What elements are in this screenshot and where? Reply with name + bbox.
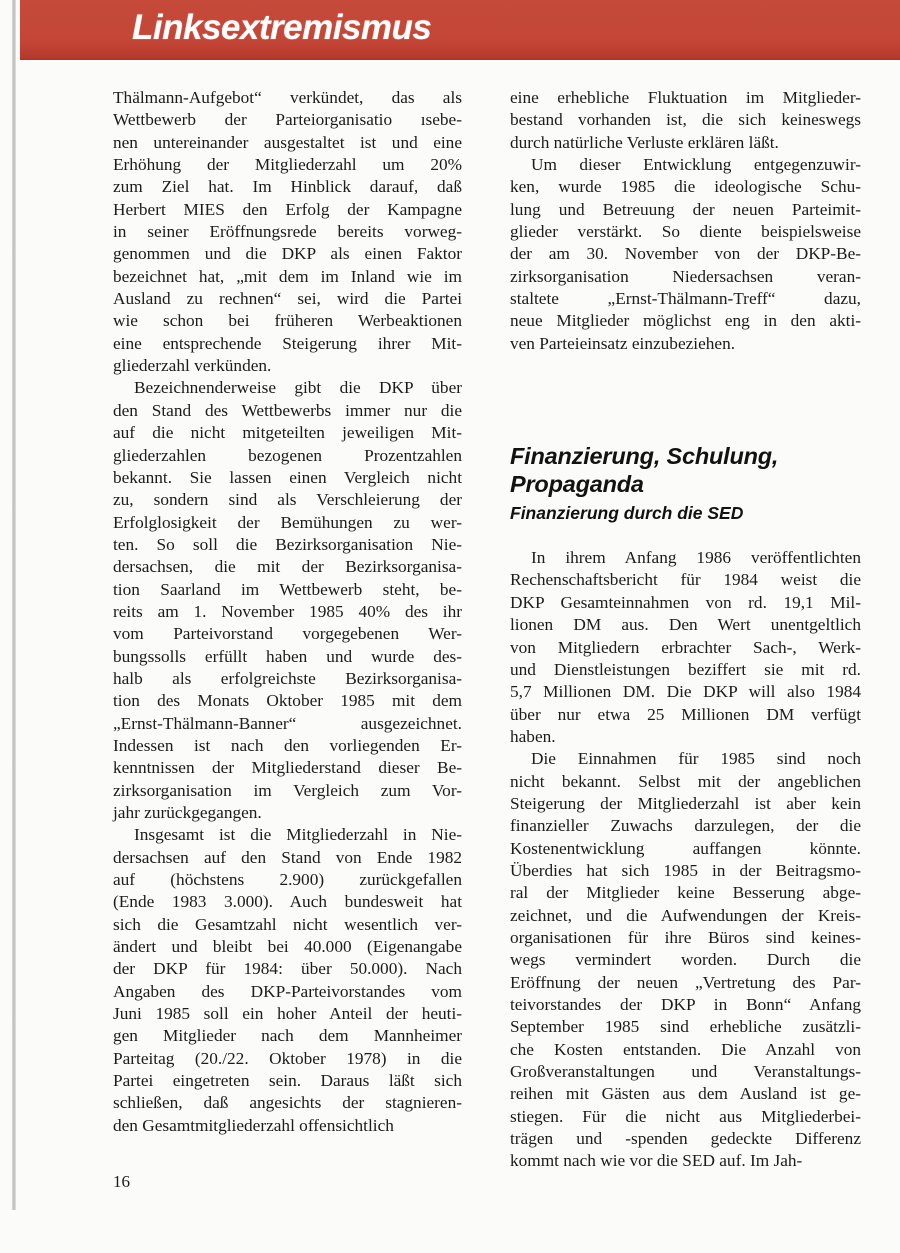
right-intro-text: eine erhebliche Fluktuation im Mitgliede…: [510, 87, 861, 355]
text-line: bungssolls erfüllt haben und wurde des-: [113, 646, 462, 668]
paragraph: Um dieser Entwicklung entgegenzuwir-ken,…: [510, 154, 861, 355]
text-line: genommen und die DKP als einen Faktor: [113, 243, 462, 265]
text-line: Wettbewerb der Parteiorganisatio ısebe-: [113, 109, 462, 131]
text-line: von Mitgliedern erbrachter Sach-, Werk-: [510, 637, 861, 659]
text-line: Rechenschaftsbericht für 1984 weist die: [510, 569, 861, 591]
text-line: neue Mitglieder möglichst eng in den akt…: [510, 310, 861, 332]
text-line: tion des Monats Oktober 1985 mit dem: [113, 690, 462, 712]
paragraph: eine erhebliche Fluktuation im Mitgliede…: [510, 87, 861, 154]
text-line: Ausland zu rechnen“ sei, wird die Partei: [113, 288, 462, 310]
text-line: den Gesamtmitgliederzahl offensichtlich: [113, 1115, 462, 1137]
text-line: gen Mitglieder nach dem Mannheimer: [113, 1025, 462, 1047]
text-line: wegs vermindert worden. Durch die: [510, 949, 861, 971]
text-line: zeichnet, und die Aufwendungen der Kreis…: [510, 905, 861, 927]
text-line: Kostenentwicklung auffangen könnte.: [510, 838, 861, 860]
text-line: Indessen ist nach den vorliegenden Er-: [113, 735, 462, 757]
text-line: organisationen für ihre Büros sind keine…: [510, 927, 861, 949]
text-line: Erfolglosigkeit der Bemühungen zu wer-: [113, 512, 462, 534]
text-line: auf die nicht mitgeteilten jeweiligen Mi…: [113, 422, 462, 444]
text-line: teivorstandes der DKP in Bonn“ Anfang: [510, 994, 861, 1016]
text-line: haben.: [510, 726, 861, 748]
text-line: In ihrem Anfang 1986 veröffentlichten: [510, 547, 861, 569]
text-line: Überdies hat sich 1985 in der Beitragsmo…: [510, 860, 861, 882]
text-line: und Dienstleistungen beziffert sie mit r…: [510, 659, 861, 681]
text-line: dersachsen, die mit der Bezirksorganisa-: [113, 556, 462, 578]
text-line: Insgesamt ist die Mitgliederzahl in Nie-: [113, 824, 462, 846]
section-heading-line-2: Propaganda: [510, 471, 644, 497]
paragraph: Thälmann-Aufgebot“ verkündet, das alsWet…: [113, 87, 462, 377]
text-line: Thälmann-Aufgebot“ verkündet, das als: [113, 87, 462, 109]
section-title: Linksextremismus: [132, 8, 431, 48]
text-line: staltete „Ernst-Thälmann-Treff“ dazu,: [510, 288, 861, 310]
text-line: Partei eingetreten sein. Daraus läßt sic…: [113, 1070, 462, 1092]
text-line: bestand vorhanden ist, die sich keineswe…: [510, 109, 861, 131]
paragraph: Die Einnahmen für 1985 sind nochnicht be…: [510, 748, 861, 1173]
text-line: Angaben des DKP-Parteivorstandes vom: [113, 981, 462, 1003]
text-line: gliederzahl verkünden.: [113, 355, 462, 377]
text-line: Erhöhung der Mitgliederzahl um 20%: [113, 154, 462, 176]
section-heading: Finanzierung, Schulung, Propaganda: [510, 442, 861, 498]
text-line: zum Ziel hat. Im Hinblick darauf, daß: [113, 176, 462, 198]
text-line: sich die Gesamtzahl nicht wesentlich ver…: [113, 914, 462, 936]
text-line: jahr zurückgegangen.: [113, 802, 462, 824]
text-line: stiegen. Für die nicht aus Mitgliederbei…: [510, 1106, 861, 1128]
text-line: nicht bekannt. Selbst mit der angebliche…: [510, 771, 861, 793]
text-line: eine entsprechende Steigerung ihrer Mit-: [113, 333, 462, 355]
section-banner: Linksextremismus: [20, 0, 900, 60]
text-line: ven Parteieinsatz einzubeziehen.: [510, 333, 861, 355]
text-line: Steigerung der Mitgliederzahl ist aber k…: [510, 793, 861, 815]
text-line: vom Parteivorstand vorgegebenen Wer-: [113, 623, 462, 645]
text-line: gliederzahlen bezogenen Prozentzahlen: [113, 445, 462, 467]
left-column: Thälmann-Aufgebot“ verkündet, das alsWet…: [113, 87, 462, 1137]
right-column: eine erhebliche Fluktuation im Mitgliede…: [510, 87, 861, 1173]
text-line: wie schon bei früheren Werbeaktionen: [113, 310, 462, 332]
text-line: eine erhebliche Fluktuation im Mitgliede…: [510, 87, 861, 109]
text-line: Bezeichnenderweise gibt die DKP über: [113, 377, 462, 399]
text-line: den Stand des Wettbewerbs immer nur die: [113, 400, 462, 422]
text-line: glieder verstärkt. So diente beispielswe…: [510, 221, 861, 243]
text-line: reits am 1. November 1985 40% des ihr: [113, 601, 462, 623]
text-line: che Kosten entstanden. Die Anzahl von: [510, 1039, 861, 1061]
spacer: [510, 524, 861, 547]
text-line: zu, sondern sind als Verschleierung der: [113, 489, 462, 511]
subsection-heading: Finanzierung durch die SED: [510, 502, 861, 524]
text-line: über nur etwa 25 Millionen DM verfügt: [510, 704, 861, 726]
text-line: Um dieser Entwicklung entgegenzuwir-: [510, 154, 861, 176]
text-line: nen untereinander ausgestaltet ist und e…: [113, 132, 462, 154]
text-line: dersachsen auf den Stand von Ende 1982: [113, 847, 462, 869]
text-line: Die Einnahmen für 1985 sind noch: [510, 748, 861, 770]
text-line: September 1985 sind erhebliche zusätzli-: [510, 1016, 861, 1038]
text-line: Eröffnung der neuen „Vertretung des Par-: [510, 972, 861, 994]
page-gutter-shadow: [12, 0, 16, 1210]
text-line: ken, wurde 1985 die ideologische Schu-: [510, 176, 861, 198]
paragraph: In ihrem Anfang 1986 veröffentlichtenRec…: [510, 547, 861, 748]
spacer: [510, 355, 861, 442]
right-body-text: In ihrem Anfang 1986 veröffentlichtenRec…: [510, 547, 861, 1173]
text-line: der am 30. November von der DKP-Be-: [510, 243, 861, 265]
text-line: ändert und bleibt bei 40.000 (Eigenangab…: [113, 936, 462, 958]
section-heading-line-1: Finanzierung, Schulung,: [510, 443, 778, 469]
text-line: lung und Betreuung der neuen Parteimit-: [510, 199, 861, 221]
text-line: zirksorganisation im Vergleich zum Vor-: [113, 780, 462, 802]
text-line: Juni 1985 soll ein hoher Anteil der heut…: [113, 1003, 462, 1025]
page-number: 16: [113, 1172, 130, 1192]
text-line: finanzieller Zuwachs darzulegen, der die: [510, 815, 861, 837]
text-line: auf (höchstens 2.900) zurückgefallen: [113, 869, 462, 891]
text-line: zirksorganisation Niedersachsen veran-: [510, 266, 861, 288]
text-line: trägen und -spenden gedeckte Differenz: [510, 1128, 861, 1150]
text-line: DKP Gesamteinnahmen von rd. 19,1 Mil-: [510, 592, 861, 614]
text-line: Parteitag (20./22. Oktober 1978) in die: [113, 1048, 462, 1070]
text-line: ral der Mitglieder keine Besserung abge-: [510, 882, 861, 904]
text-line: schließen, daß angesichts der stagnieren…: [113, 1092, 462, 1114]
text-line: (Ende 1983 3.000). Auch bundesweit hat: [113, 891, 462, 913]
text-line: tion Saarland im Wettbewerb steht, be-: [113, 579, 462, 601]
text-line: kommt nach wie vor die SED auf. Im Jah-: [510, 1150, 861, 1172]
text-line: der DKP für 1984: über 50.000). Nach: [113, 958, 462, 980]
text-line: lionen DM aus. Den Wert unentgeltlich: [510, 614, 861, 636]
text-line: durch natürliche Verluste erklären läßt.: [510, 132, 861, 154]
paragraph: Insgesamt ist die Mitgliederzahl in Nie-…: [113, 824, 462, 1137]
text-line: kenntnissen der Mitgliederstand dieser B…: [113, 757, 462, 779]
text-line: halb als erfolgreichste Bezirksorganisa-: [113, 668, 462, 690]
text-line: reihen mit Gästen aus dem Ausland ist ge…: [510, 1083, 861, 1105]
text-line: Herbert MIES den Erfolg der Kampagne: [113, 199, 462, 221]
text-line: 5,7 Millionen DM. Die DKP will also 1984: [510, 681, 861, 703]
text-line: „Ernst-Thälmann-Banner“ ausgezeichnet.: [113, 713, 462, 735]
text-line: bezeichnet hat, „mit dem im Inland wie i…: [113, 266, 462, 288]
text-line: ten. So soll die Bezirksorganisation Nie…: [113, 534, 462, 556]
text-line: in seiner Eröffnungsrede bereits vorweg-: [113, 221, 462, 243]
text-line: bekannt. Sie lassen einen Vergleich nich…: [113, 467, 462, 489]
paragraph: Bezeichnenderweise gibt die DKP überden …: [113, 377, 462, 824]
text-line: Großveranstaltungen und Veranstaltungs-: [510, 1061, 861, 1083]
